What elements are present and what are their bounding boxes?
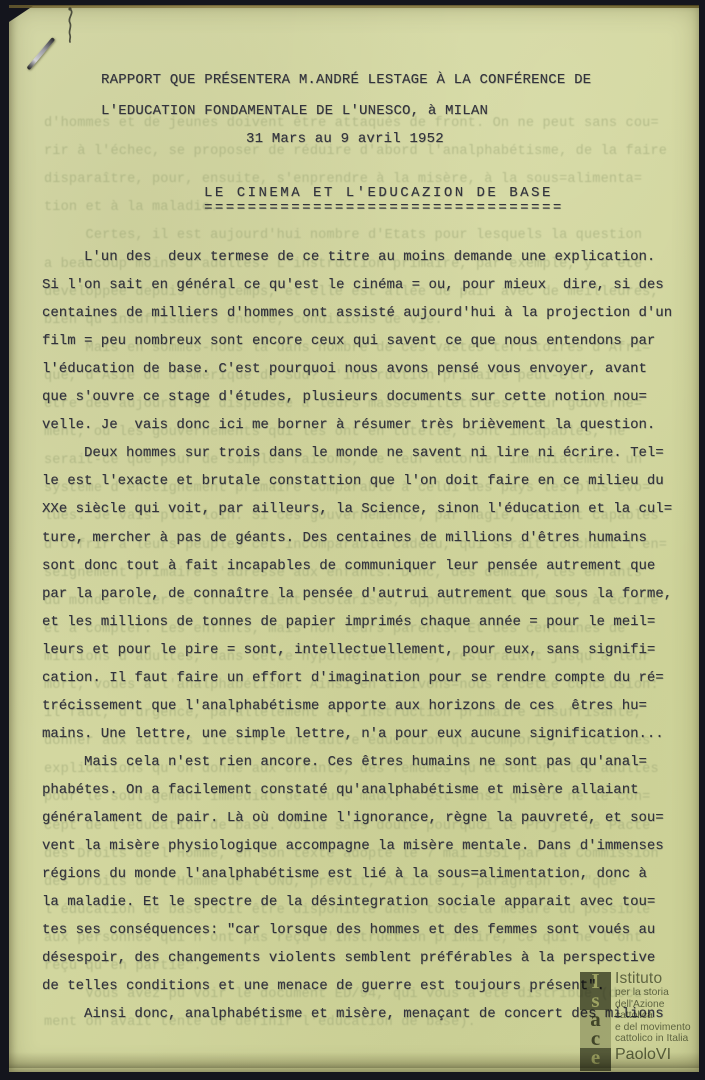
watermark-text-line: cattolico in Italia (615, 1033, 705, 1045)
scanned-document-page: d'hommes et de jeunes doivent être attaq… (0, 0, 705, 1080)
watermark-text-line: e del movimento (615, 1022, 705, 1034)
document-title: LE CINEMA ET L'EDUCAZION DE BASE (204, 185, 553, 201)
typed-line: et les millions de tonnes de papier impr… (42, 611, 655, 633)
typed-line: film = peu nombreux sont encore ceux qui… (42, 330, 655, 352)
typed-line: le est l'exacte et brutale constattion q… (42, 470, 664, 492)
ink-squiggle-mark (58, 6, 84, 44)
typed-line: XXe siècle qui voit, par ailleurs, la Sc… (42, 498, 672, 520)
isacem-watermark-logo: Isacem Istituto per la storiadell'Azione… (580, 970, 705, 1071)
typed-line: Mais cela n'est rien ancore. Ces êtres h… (42, 751, 647, 773)
typed-line: Deux hommes sur trois dans le monde ne s… (42, 442, 664, 464)
watermark-acronym-column: Isacem (580, 972, 611, 1071)
typed-line: velle. Je vais donc ici me borner à résu… (42, 414, 655, 436)
typed-line: centaines de milliers d'hommes ont assis… (42, 302, 672, 324)
watermark-text-column: Istituto per la storiadell'Azione cattol… (615, 970, 705, 1064)
watermark-text-line: per la storia (615, 987, 705, 999)
typed-line: L'un des deux termese de ce titre au moi… (42, 246, 655, 268)
watermark-institute-name: Istituto (615, 970, 705, 987)
typed-line: cation. Il faut faire un effort d'imagin… (42, 667, 664, 689)
typed-line: trécissement que l'analphabétisme apport… (42, 695, 647, 717)
typed-line: désespoir, des changements violents semb… (42, 947, 655, 969)
typed-line: leurs et pour le pire = sont, intellectu… (42, 639, 655, 661)
report-header-line-2: L'EDUCATION FONDAMENTALE DE L'UNESCO, à … (101, 103, 488, 119)
watermark-text-line: dell'Azione cattolica (615, 999, 705, 1022)
typed-line: sont donc tout à fait incapables de comm… (42, 555, 655, 577)
typed-line: généralament de pair. Là où domine l'ign… (42, 807, 664, 829)
watermark-letter: m (580, 1067, 611, 1071)
typed-line: ture, mercher à pas de géants. Des centa… (42, 527, 647, 549)
typed-line: Ainsi donc, analphabétisme et misère, me… (42, 1003, 664, 1025)
typed-line: l'éducation de base. C'est pourquoi nous… (42, 358, 647, 380)
typed-line: phabétes. On a facilement constaté qu'an… (42, 779, 639, 801)
report-header-line-1: RAPPORT QUE PRÉSENTERA M.ANDRÉ LESTAGE À… (101, 72, 591, 88)
typed-line: que s'ouvre ce stage d'études, plusieurs… (42, 386, 647, 408)
typed-line: Si l'on sait en général ce qu'est le cin… (42, 274, 664, 296)
document-title-underline: ================================= (204, 200, 564, 216)
typed-line: de telles conditions et une menace de gu… (42, 975, 605, 997)
typed-line: mains. Une lettre, une simple lettre, n'… (42, 723, 664, 745)
typed-text-layer: RAPPORT QUE PRÉSENTERA M.ANDRÉ LESTAGE À… (0, 0, 705, 1080)
report-header-date: 31 Mars au 9 avril 1952 (246, 131, 444, 147)
typed-line: vent la misère physiologique accompagne … (42, 835, 664, 857)
typed-line: régions du monde l'analphabétisme est li… (42, 863, 647, 885)
watermark-paolovi: PaoloVI (615, 1046, 705, 1064)
typed-line: par la parole, de connaître la pensée d'… (42, 583, 672, 605)
typed-line: tes ses conséquences: "car lorsque des h… (42, 919, 655, 941)
typed-line: la maladie. Et le spectre de la désinteg… (42, 891, 655, 913)
